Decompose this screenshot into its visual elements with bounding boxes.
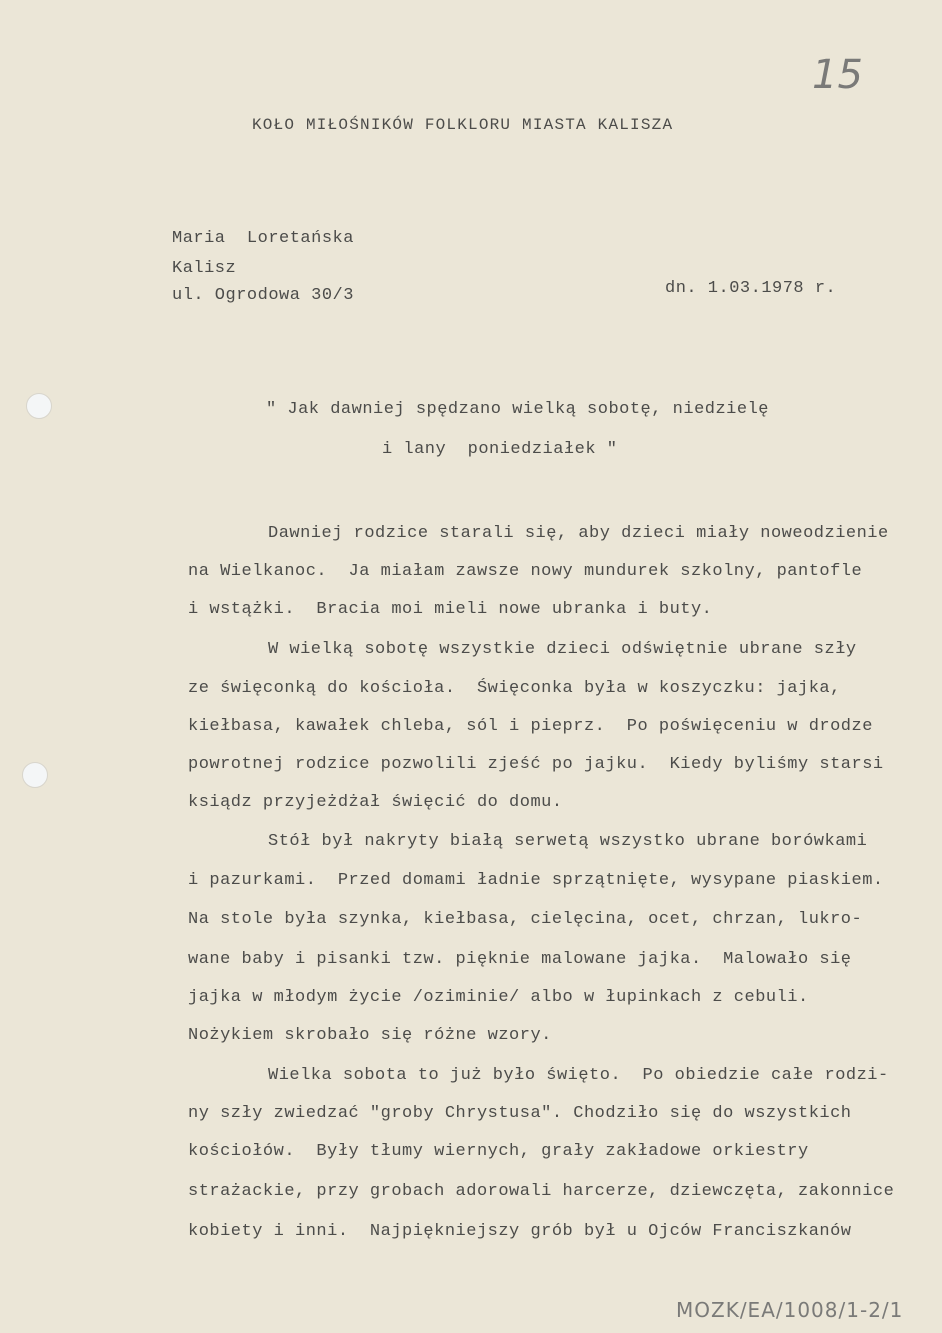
punch-hole (22, 762, 48, 788)
body-line: wane baby i pisanki tzw. pięknie malowan… (188, 950, 852, 969)
body-line: i pazurkami. Przed domami ładnie sprzątn… (188, 871, 884, 890)
document-date: dn. 1.03.1978 r. (665, 279, 836, 298)
body-line: i wstążki. Bracia moi mieli nowe ubranka… (188, 600, 712, 619)
body-line: Dawniej rodzice starali się, aby dzieci … (268, 524, 889, 543)
title-line-2: i lany poniedziałek " (382, 440, 617, 459)
document-page: 15 KOŁO MIŁOŚNIKÓW FOLKLORU MIASTA KALIS… (0, 0, 942, 1333)
body-line: jajka w młodym życie /oziminie/ albo w ł… (188, 988, 809, 1007)
body-line: ny szły zwiedzać "groby Chrystusa". Chod… (188, 1104, 852, 1123)
body-line: kobiety i inni. Najpiękniejszy grób był … (188, 1222, 852, 1241)
body-line: ksiądz przyjeżdżał święcić do domu. (188, 793, 563, 812)
body-line: na Wielkanoc. Ja miałam zawsze nowy mund… (188, 562, 862, 581)
body-line: Stół był nakryty białą serwetą wszystko … (268, 832, 867, 851)
body-line: W wielką sobotę wszystkie dzieci odświęt… (268, 640, 857, 659)
archive-signature: MOZK/EA/1008/1-2/1 (676, 1298, 903, 1322)
page-number-handwritten: 15 (812, 52, 863, 98)
sender-name: Maria Loretańska (172, 229, 354, 248)
body-line: kiełbasa, kawałek chleba, sól i pieprz. … (188, 717, 873, 736)
body-line: Na stole była szynka, kiełbasa, cielęcin… (188, 910, 862, 929)
punch-hole (26, 393, 52, 419)
organization-header: KOŁO MIŁOŚNIKÓW FOLKLORU MIASTA KALISZA (252, 116, 673, 134)
body-line: Nożykiem skrobało się różne wzory. (188, 1026, 552, 1045)
body-line: ze święconką do kościoła. Święconka była… (188, 679, 841, 698)
title-line-1: " Jak dawniej spędzano wielką sobotę, ni… (266, 400, 769, 419)
body-line: strażackie, przy grobach adorowali harce… (188, 1182, 894, 1201)
sender-city: Kalisz (172, 259, 236, 278)
body-line: powrotnej rodzice pozwolili zjeść po jaj… (188, 755, 884, 774)
body-line: Wielka sobota to już było święto. Po obi… (268, 1066, 889, 1085)
sender-street: ul. Ogrodowa 30/3 (172, 286, 354, 305)
body-line: kościołów. Były tłumy wiernych, grały za… (188, 1142, 809, 1161)
